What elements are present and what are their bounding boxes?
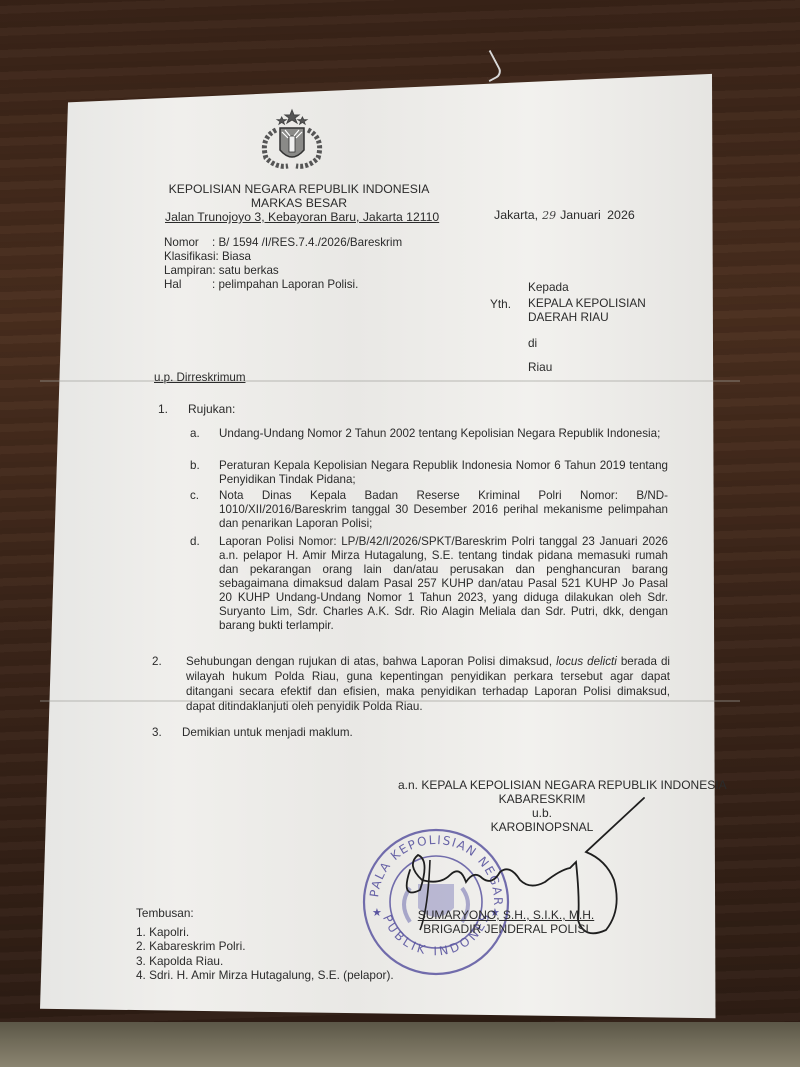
- recipient-block: Kepada Yth. KEPALA KEPOLISIAN DAERAH RIA…: [528, 280, 646, 374]
- reference-item: a. Undang-Undang Nomor 2 Tahun 2002 tent…: [190, 427, 668, 441]
- paragraph-2: 2. Sehubungan dengan rujukan di atas, ba…: [152, 654, 670, 714]
- reference-item: c. Nota Dinas Kepala Badan Reserse Krimi…: [190, 489, 668, 531]
- signatory-name-block: SUMARYONO, S.H., S.I.K., M.H. BRIGADIR J…: [396, 908, 616, 936]
- lampiran-label: Lampiran: [164, 264, 212, 278]
- kepada-label: Kepada: [528, 280, 646, 294]
- letter-date: Jakarta,29Januari 2026: [494, 208, 635, 223]
- klasifikasi-value: : Biasa: [216, 250, 251, 264]
- recipient-line-2: DAERAH RIAU: [528, 310, 646, 324]
- letterhead: KEPOLISIAN NEGARA REPUBLIK INDONESIA MAR…: [168, 182, 430, 224]
- police-emblem-icon: [252, 108, 332, 174]
- list-item: 4. Sdri. H. Amir Mirza Hutagalung, S.E. …: [136, 968, 394, 983]
- reference-item: b. Peraturan Kepala Kepolisian Negara Re…: [190, 459, 668, 487]
- paper-fold-crease: [40, 380, 740, 382]
- tembusan-list: Tembusan: 1. Kapolri. 2. Kabareskrim Pol…: [136, 906, 394, 983]
- letter-metadata: Nomor: B/ 1594 /I/RES.7.4./2026/Bareskri…: [164, 236, 402, 292]
- tembusan-title: Tembusan:: [136, 906, 394, 921]
- list-item: 2. Kabareskrim Polri.: [136, 939, 394, 954]
- reference-item: d. Laporan Polisi Nomor: LP/B/42/I/2026/…: [190, 535, 668, 633]
- unit-name: MARKAS BESAR: [168, 196, 430, 210]
- di-label: di: [528, 336, 646, 350]
- lampiran-value: : satu berkas: [212, 264, 278, 278]
- list-item: 1. Kapolri.: [136, 925, 394, 940]
- hal-value: : pelimpahan Laporan Polisi.: [212, 278, 358, 292]
- paragraph-1-heading: 1. Rujukan:: [158, 402, 168, 417]
- sofa-cushion-background: [0, 1022, 800, 1067]
- up-line: u.p. Dirreskrimum: [154, 370, 245, 385]
- paragraph-3: 3. Demikian untuk menjadi maklum.: [152, 725, 670, 740]
- nomor-label: Nomor: [164, 236, 212, 250]
- klasifikasi-label: Klasifikasi: [164, 250, 216, 264]
- institution-address: Jalan Trunojoyo 3, Kebayoran Baru, Jakar…: [165, 210, 430, 224]
- recipient-place: Riau: [528, 360, 646, 374]
- signatory-name: SUMARYONO, S.H., S.I.K., M.H.: [396, 908, 616, 922]
- list-item: 3. Kapolda Riau.: [136, 954, 394, 969]
- nomor-value: : B/ 1594 /I/RES.7.4./2026/Bareskrim: [212, 236, 402, 250]
- yth-label: Yth.: [490, 297, 511, 311]
- recipient-line-1: KEPALA KEPOLISIAN: [528, 296, 646, 310]
- institution-name: KEPOLISIAN NEGARA REPUBLIK INDONESIA: [168, 182, 430, 196]
- signatory-rank: BRIGADIR JENDERAL POLISI: [396, 922, 616, 936]
- hal-label: Hal: [164, 278, 212, 292]
- handwritten-day: 29: [542, 209, 556, 222]
